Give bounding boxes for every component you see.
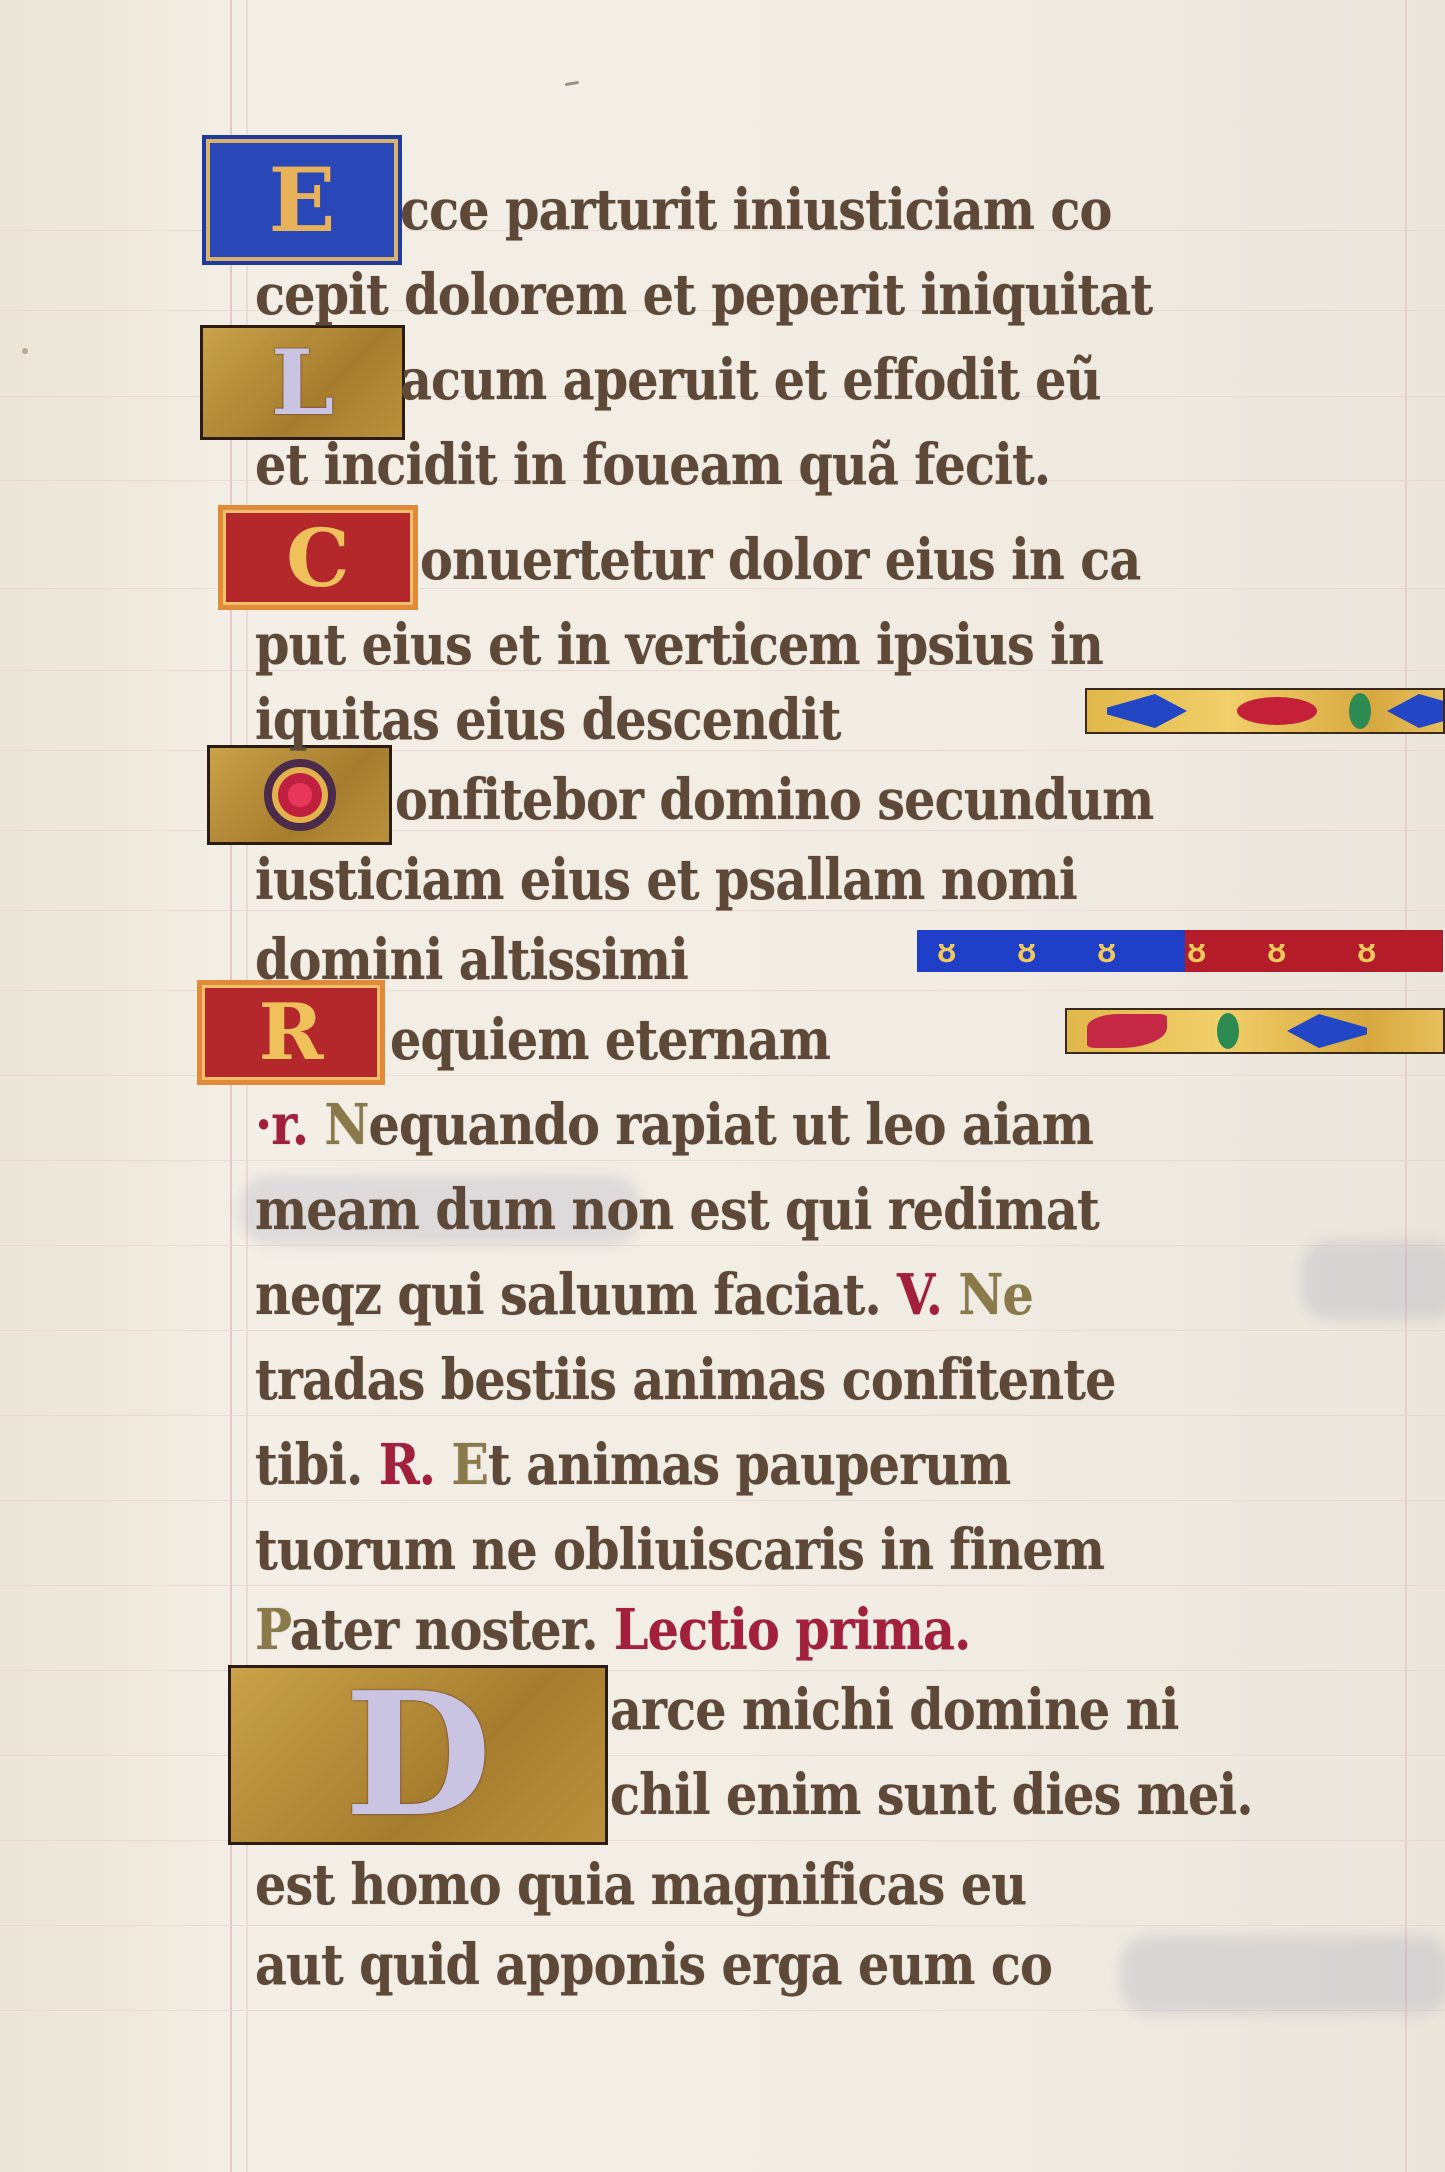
text-line: domini altissimi [255,920,1302,1000]
red-disc-icon [264,759,336,831]
text-line: arce michi domine ni [610,1670,1345,1750]
illuminated-initial-l: L [200,325,405,440]
initial-letter: D [344,1655,491,1855]
text-line: tradas bestiis animas confitente [255,1340,1302,1420]
text-line: iquitas eius descendit [255,680,1302,760]
text-line: neqz qui saluum faciat. V. Ne [255,1255,1302,1335]
text-line: cce parturit iniusticiam co [400,170,1320,250]
rubric-r: ·r. [255,1092,308,1158]
initial-letter: E [268,148,335,252]
text-line: put eius et in verticem ipsius in [255,605,1302,685]
green-sprig-icon [1349,693,1371,729]
text-line: equiem eternam [390,1000,1318,1080]
initial-ornament [264,759,336,831]
text-line: meam dum non est qui redimat [255,1170,1302,1250]
initial-letter: L [271,330,334,436]
ruling-line [0,1840,1445,1841]
illuminated-initial-e: E [202,135,402,265]
manuscript-page: E L C R D ᴕ ᴕ ᴕ ᴕ ᴕ ᴕ cce parturit inius… [0,0,1445,2172]
touched-initial: N [324,1092,368,1158]
illuminated-initial-c: C [218,505,418,610]
text-line: et incidit in foueam quã fecit. [255,425,1302,505]
illuminated-initial-d: D [228,1665,608,1845]
text-line: chil enim sunt dies mei. [610,1755,1345,1835]
margin-stain [22,348,28,354]
text-line: aut quid apponis erga eum co [255,1925,1302,2005]
gold-scroll-icon: ᴕ [1357,931,1376,971]
rubric-lectio-prima: Lectio prima. [614,1597,970,1663]
text-line: Pater noster. Lectio prima. [255,1590,1302,1670]
text-line: acum aperuit et effodit eũ [400,340,1320,420]
text-line: est homo quia magnificas eu [255,1845,1302,1925]
margin-mark [565,81,579,86]
text-line: onuertetur dolor eius in ca [420,520,1322,600]
initial-letter: C [286,511,350,605]
text-line: iusticiam eius et psallam nomi [255,840,1302,920]
right-bounding-rule [1405,0,1407,2172]
blue-leaf-icon [1387,694,1445,728]
initial-letter: R [259,987,324,1078]
ink-smudge [1300,1240,1445,1320]
text-line: ·r. Nequando rapiat ut leo aiam [255,1085,1302,1165]
text-line: tibi. R. Et animas pauperum [255,1425,1302,1505]
rubric-versicle: V. [897,1262,942,1328]
text-line: cepit dolorem et peperit iniquitat [255,255,1302,335]
rubric-response: R. [379,1432,435,1498]
text-line: tuorum ne obliuiscaris in finem [255,1510,1302,1590]
illuminated-initial-c-disc [207,745,392,845]
text-line: onfitebor domino secundum [395,760,1319,840]
